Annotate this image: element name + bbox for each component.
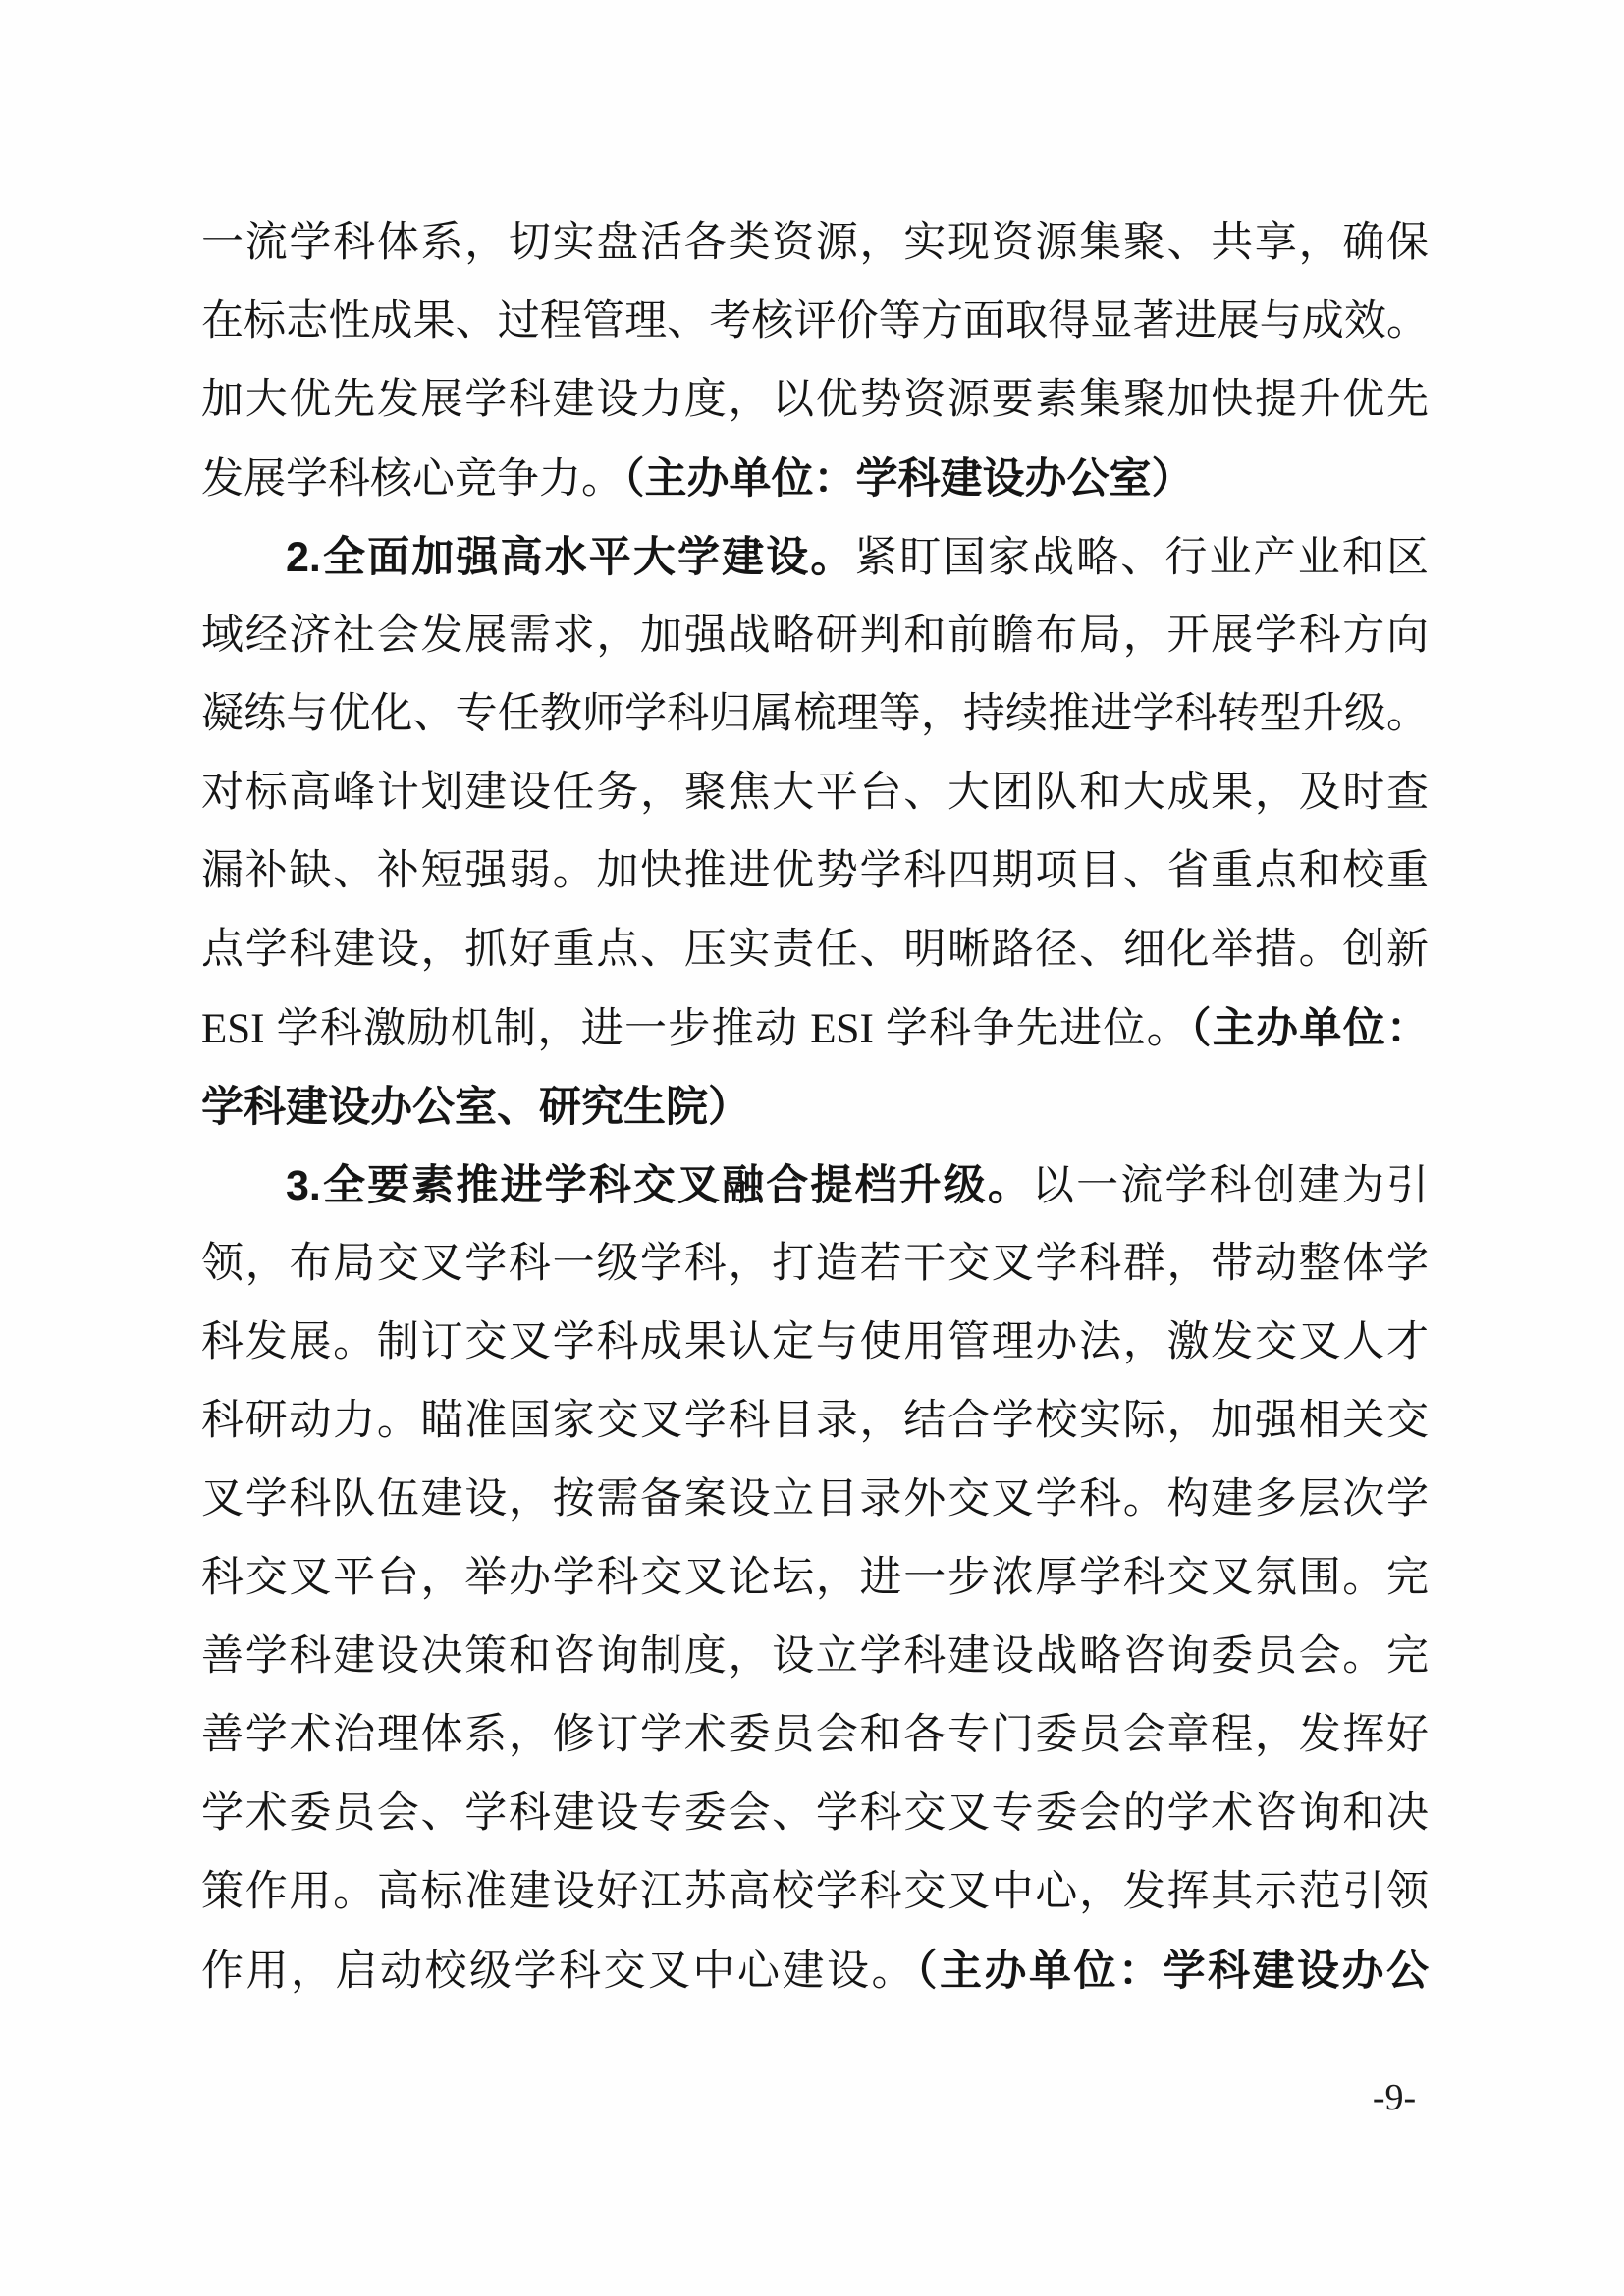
body-text: 对标高峰计划建设任务，聚焦大平台、大团队和大成果，及时查: [201, 770, 1429, 816]
text-line: 善学科建设决策和咨询制度，设立学科建设战略咨询委员会。完: [201, 1618, 1429, 1696]
body-text: 漏补缺、补短强弱。加快推进优势学科四期项目、省重点和校重: [201, 848, 1429, 894]
page-number: -9-: [1355, 2073, 1434, 2122]
emphasis-text: （主办单位：学科建设办公: [916, 1948, 1429, 1995]
text-line: 叉学科队伍建设，按需备案设立目录外交叉学科。构建多层次学: [201, 1461, 1429, 1539]
document-body: 一流学科体系，切实盘活各类资源，实现资源集聚、共享，确保在标志性成果、过程管理、…: [201, 204, 1429, 2010]
text-line: 学术委员会、学科建设专委会、学科交叉专委会的学术咨询和决: [201, 1775, 1429, 1853]
text-line: 学科建设办公室、研究生院）: [201, 1068, 1429, 1147]
emphasis-text: 2.全面加强高水平大学建设。: [286, 534, 855, 581]
emphasis-text: 学科建设办公室、研究生院）: [201, 1084, 750, 1131]
text-line: 善学术治理体系，修订学术委员会和各专门委员会章程，发挥好: [201, 1696, 1429, 1775]
text-line: 发展学科核心竞争力。（主办单位：学科建设办公室）: [201, 440, 1429, 518]
text-line: 凝练与优化、专任教师学科归属梳理等，持续推进学科转型升级。: [201, 675, 1429, 754]
body-text: 发展学科核心竞争力。: [201, 456, 623, 503]
body-text: 叉学科队伍建设，按需备案设立目录外交叉学科。构建多层次学: [201, 1476, 1429, 1522]
body-text: 域经济社会发展需求，加强战略研判和前瞻布局，开展学科方向: [201, 613, 1429, 659]
body-text: 紧盯国家战略、行业产业和区: [855, 535, 1430, 581]
text-line: 作用，启动校级学科交叉中心建设。（主办单位：学科建设办公: [201, 1932, 1429, 2010]
text-line: 2.全面加强高水平大学建设。紧盯国家战略、行业产业和区: [201, 518, 1429, 597]
text-line: 域经济社会发展需求，加强战略研判和前瞻布局，开展学科方向: [201, 597, 1429, 675]
emphasis-text: （主办单位：: [1190, 1005, 1429, 1052]
text-line: 在标志性成果、过程管理、考核评价等方面取得显著进展与成效。: [201, 283, 1429, 361]
text-line: 对标高峰计划建设任务，聚焦大平台、大团队和大成果，及时查: [201, 754, 1429, 832]
text-line: 漏补缺、补短强弱。加快推进优势学科四期项目、省重点和校重: [201, 832, 1429, 911]
text-line: 策作用。高标准建设好江苏高校学科交叉中心，发挥其示范引领: [201, 1853, 1429, 1932]
body-text: 作用，启动校级学科交叉中心建设。: [201, 1949, 916, 1995]
text-line: 一流学科体系，切实盘活各类资源，实现资源集聚、共享，确保: [201, 204, 1429, 283]
body-text: ESI 学科激励机制，进一步推动 ESI 学科争先进位。: [201, 1006, 1190, 1052]
body-text: 学术委员会、学科建设专委会、学科交叉专委会的学术咨询和决: [201, 1790, 1429, 1837]
text-line: 科研动力。瞄准国家交叉学科目录，结合学校实际，加强相关交: [201, 1382, 1429, 1461]
document-page: 一流学科体系，切实盘活各类资源，实现资源集聚、共享，确保在标志性成果、过程管理、…: [0, 0, 1624, 2296]
emphasis-text: （主办单位：学科建设办公室）: [623, 455, 1194, 503]
body-text: 加大优先发展学科建设力度，以优势资源要素集聚加快提升优先: [201, 377, 1429, 423]
body-text: 一流学科体系，切实盘活各类资源，实现资源集聚、共享，确保: [201, 220, 1429, 266]
body-text: 科发展。制订交叉学科成果认定与使用管理办法，激发交叉人才: [201, 1319, 1429, 1365]
text-line: 科发展。制订交叉学科成果认定与使用管理办法，激发交叉人才: [201, 1304, 1429, 1382]
text-line: ESI 学科激励机制，进一步推动 ESI 学科争先进位。（主办单位：: [201, 989, 1429, 1068]
text-line: 科交叉平台，举办学科交叉论坛，进一步浓厚学科交叉氛围。完: [201, 1539, 1429, 1618]
body-text: 在标志性成果、过程管理、考核评价等方面取得显著进展与成效。: [201, 298, 1429, 345]
body-text: 科交叉平台，举办学科交叉论坛，进一步浓厚学科交叉氛围。完: [201, 1555, 1429, 1601]
body-text: 领，布局交叉学科一级学科，打造若干交叉学科群，带动整体学: [201, 1241, 1429, 1287]
text-line: 领，布局交叉学科一级学科，打造若干交叉学科群，带动整体学: [201, 1225, 1429, 1304]
body-text: 凝练与优化、专任教师学科归属梳理等，持续推进学科转型升级。: [201, 691, 1429, 737]
text-line: 加大优先发展学科建设力度，以优势资源要素集聚加快提升优先: [201, 361, 1429, 440]
body-text: 善学科建设决策和咨询制度，设立学科建设战略咨询委员会。完: [201, 1633, 1429, 1680]
body-text: 科研动力。瞄准国家交叉学科目录，结合学校实际，加强相关交: [201, 1398, 1429, 1444]
body-text: 策作用。高标准建设好江苏高校学科交叉中心，发挥其示范引领: [201, 1869, 1429, 1915]
text-line: 点学科建设，抓好重点、压实责任、明晰路径、细化举措。创新: [201, 911, 1429, 989]
body-text: 以一流学科创建为引: [1032, 1163, 1429, 1209]
body-text: 点学科建设，抓好重点、压实责任、明晰路径、细化举措。创新: [201, 927, 1429, 973]
body-text: 善学术治理体系，修订学术委员会和各专门委员会章程，发挥好: [201, 1712, 1429, 1758]
text-line: 3.全要素推进学科交叉融合提档升级。以一流学科创建为引: [201, 1147, 1429, 1225]
emphasis-text: 3.全要素推进学科交叉融合提档升级。: [286, 1162, 1032, 1209]
